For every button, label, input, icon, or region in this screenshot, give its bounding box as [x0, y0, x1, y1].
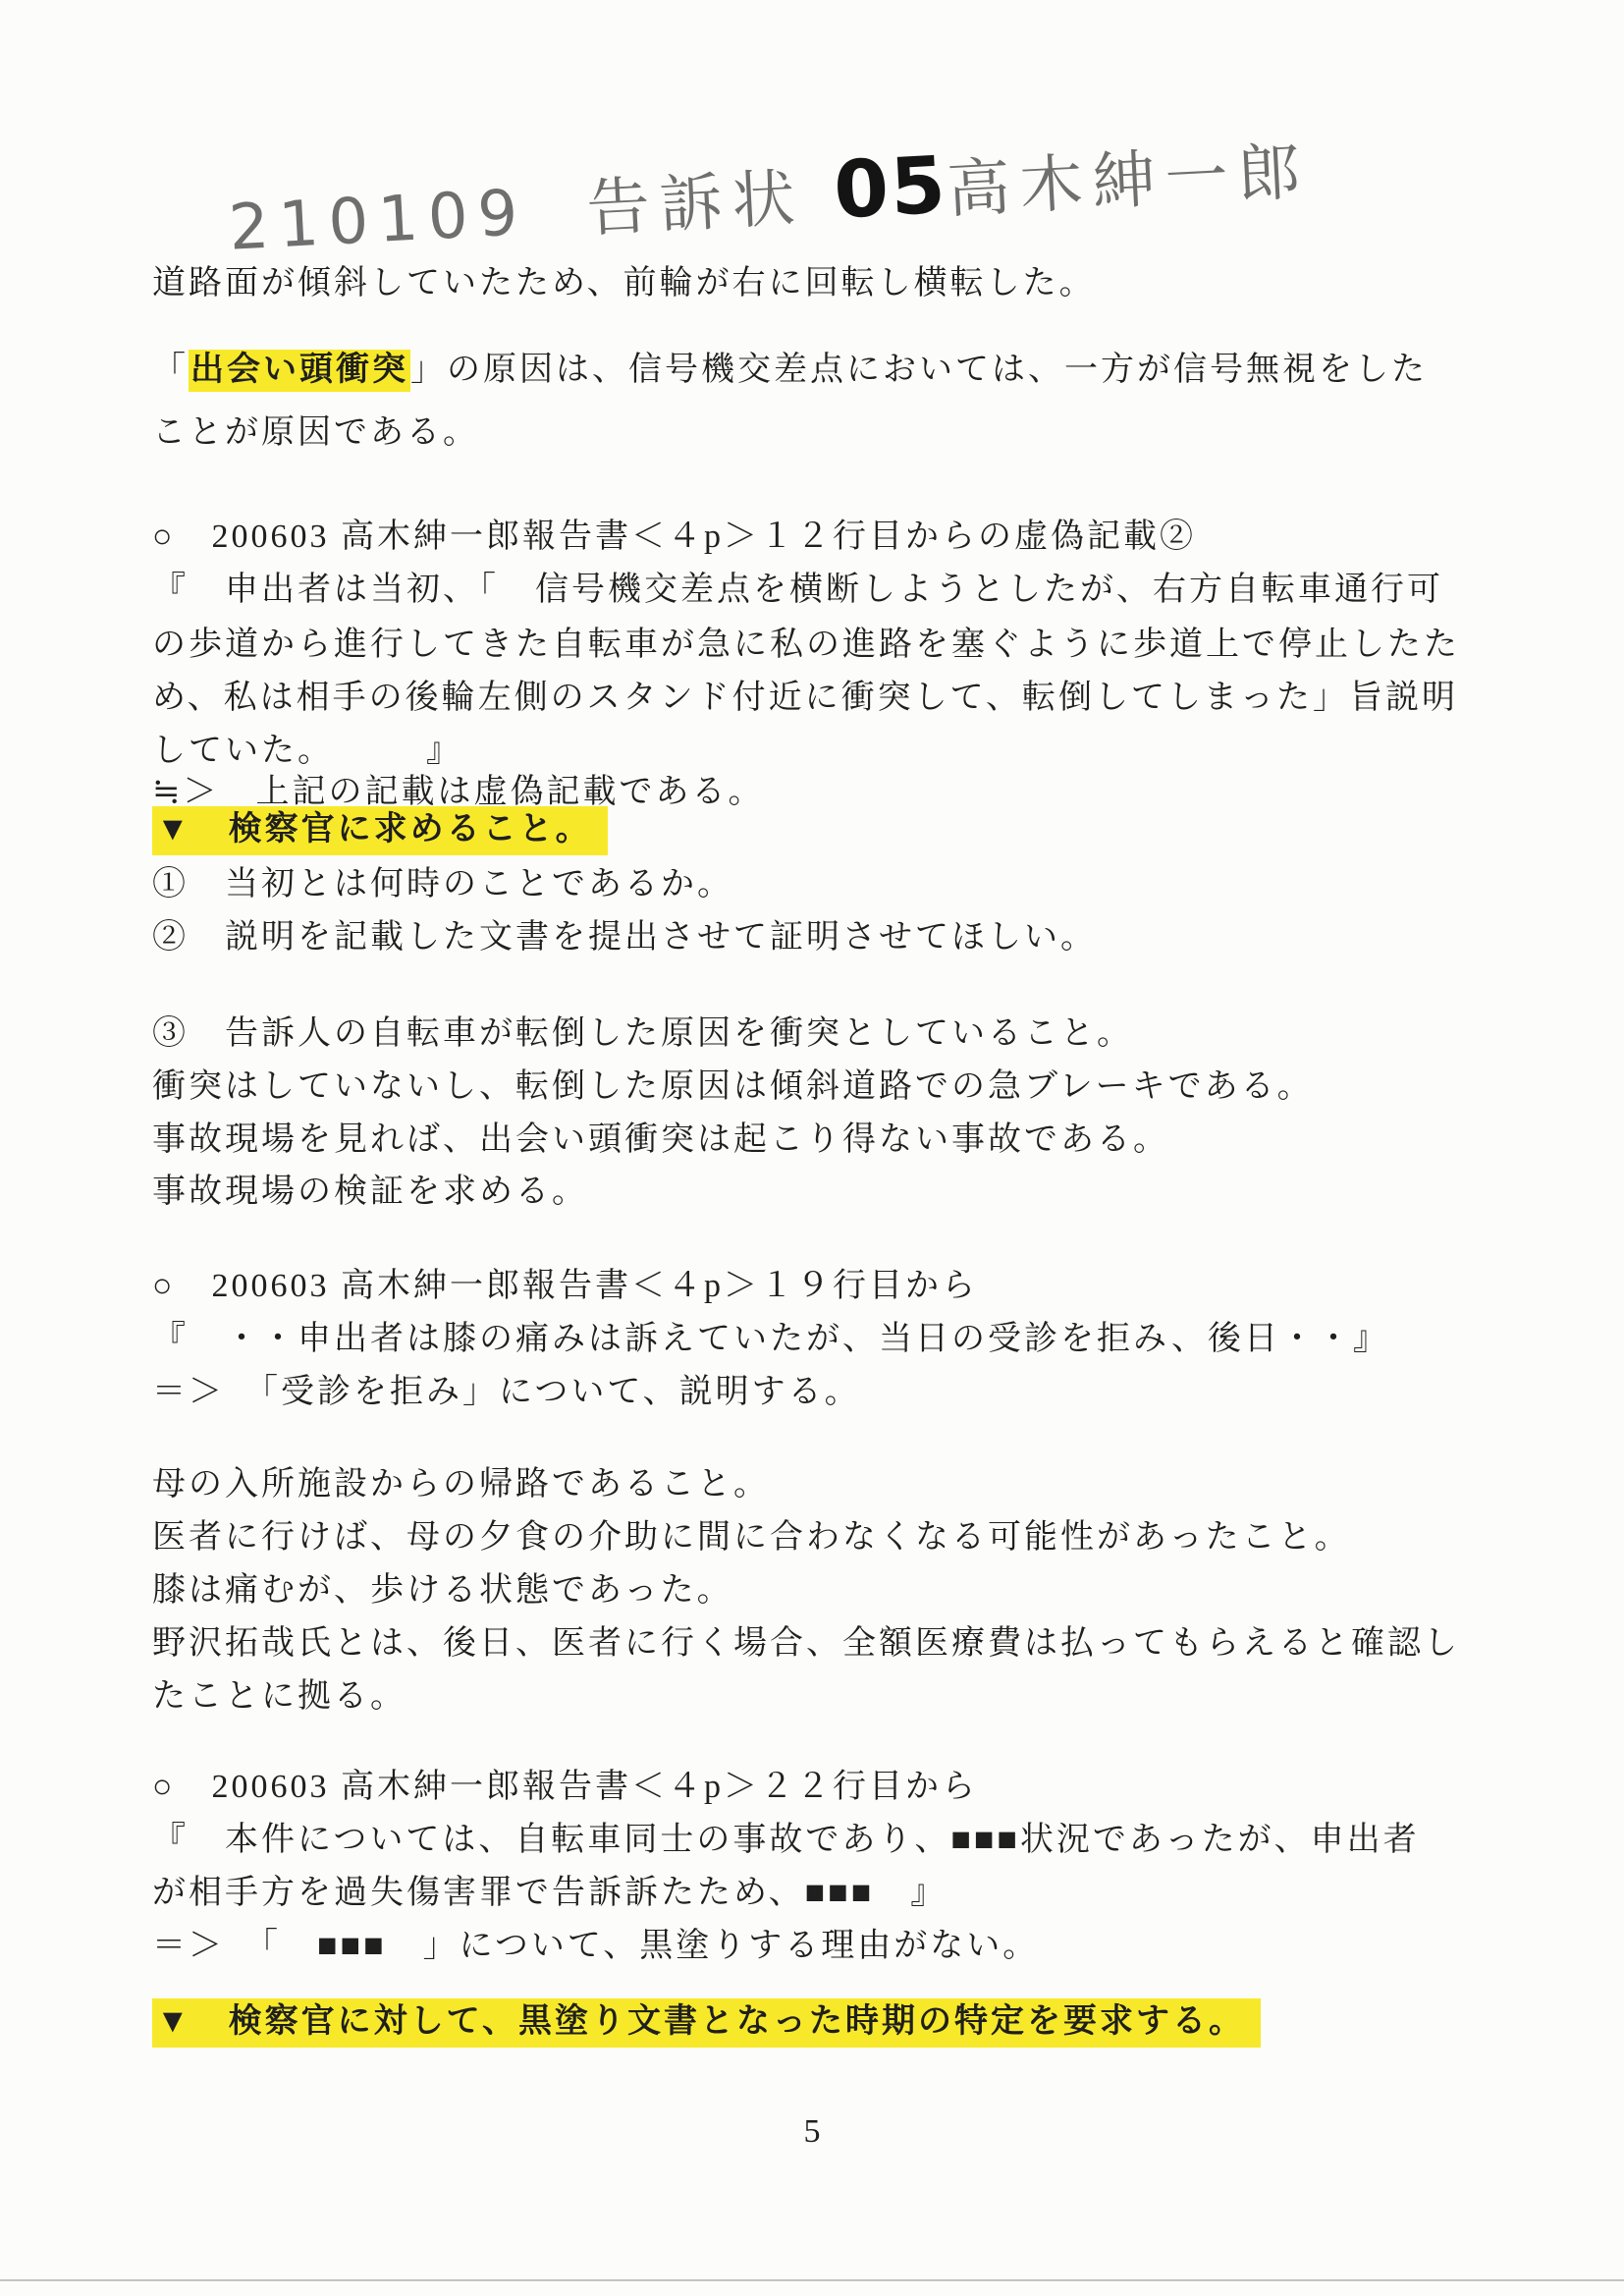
paragraph-2-line-1: 「出会い頭衝突」の原因は、信号機交差点においては、一方が信号無視をした — [152, 350, 1428, 392]
demand-banner-1: ▼ 検察官に求めること。 — [152, 809, 608, 851]
section-3-quote-line: 『 本件については、自転車同士の事故であり、■■■状況であったが、申出者 — [152, 1820, 1420, 1862]
section-1-quote-line: め、私は相手の後輪左側のスタンド付近に衝突して、転倒してしまった」旨説明 — [152, 678, 1458, 720]
paragraph-2-rest: 」の原因は、信号機交差点においては、一方が信号無視をした — [410, 352, 1428, 388]
scan-edge-line — [0, 2279, 1624, 2281]
demand-banner-1-text: ▼ 検察官に求めること。 — [152, 806, 608, 855]
section-2-conclusion: ＝＞ 「受診を拒み」について、説明する。 — [152, 1372, 861, 1414]
section-1-quote-line: 『 申出者は当初、「 信号機交差点を横断しようとしたが、右方自転車通行可 — [152, 570, 1443, 612]
handwritten-date: 210109 — [227, 177, 529, 265]
handwritten-number: 05 — [832, 139, 949, 237]
title-gap2 — [803, 161, 837, 235]
title-gap1 — [525, 174, 588, 249]
section-1-quote-line: の歩道から進行してきた自転車が急に私の進路を塞ぐように歩道上で停止したた — [152, 625, 1460, 667]
scanned-document-page: 210109 告訴状 05高木紳一郎 道路面が傾斜していたため、前輪が右に回転し… — [0, 0, 1624, 2296]
section-2-note: 膝は痛むが、歩ける状態であった。 — [152, 1570, 733, 1613]
section-2-note: たことに拠る。 — [152, 1676, 406, 1719]
section-3-heading: ○ 200603 高木紳一郎報告書＜４p＞２２行目から — [152, 1767, 978, 1809]
section-1-note: 事故現場の検証を求める。 — [152, 1172, 588, 1214]
paragraph-2-line-2: ことが原因である。 — [152, 412, 479, 455]
section-1-note: 事故現場を見れば、出会い頭衝突は起こり得ない事故である。 — [152, 1120, 1169, 1162]
section-1-quote-line: していた。 』 — [152, 731, 462, 773]
section-2-note: 医者に行けば、母の夕食の介助に間に合わなくなる可能性があったこと。 — [152, 1517, 1351, 1559]
section-2-heading: ○ 200603 高木紳一郎報告書＜４p＞１９行目から — [152, 1266, 978, 1308]
demand-banner-2-text: ▼ 検察官に対して、黒塗り文書となった時期の特定を要求する。 — [152, 1998, 1261, 2048]
section-2-quote: 『 ・・申出者は膝の痛みは訴えていたが、当日の受診を拒み、後日・・』 — [152, 1319, 1389, 1361]
page-number: 5 — [0, 2113, 1624, 2151]
section-2-note: 母の入所施設からの帰路であること。 — [152, 1464, 770, 1506]
handwritten-doc-type: 告訴状 — [585, 162, 807, 246]
paragraph-1: 道路面が傾斜していたため、前輪が右に回転し横転した。 — [152, 263, 1096, 305]
demand-banner-2: ▼ 検察官に対して、黒塗り文書となった時期の特定を要求する。 — [152, 2001, 1261, 2044]
open-bracket: 「 — [152, 352, 189, 388]
handwritten-name: 高木紳一郎 — [946, 136, 1312, 227]
section-1-heading: ○ 200603 高木紳一郎報告書＜４p＞１２行目からの虚偽記載② — [152, 517, 1196, 559]
section-1-note: 衝突はしていないし、転倒した原因は傾斜道路での急ブレーキである。 — [152, 1066, 1314, 1109]
section-2-note: 野沢拓哉氏とは、後日、医者に行く場合、全額医療費は払ってもらえると確認し — [152, 1623, 1460, 1666]
numbered-item-1: ① 当初とは何時のことであるか。 — [152, 864, 733, 906]
section-3-quote-line: が相手方を過失傷害罪で告訴訴たため、■■■ 』 — [152, 1873, 947, 1915]
numbered-item-2: ② 説明を記載した文書を提出させて証明させてほしい。 — [152, 917, 1097, 959]
highlighted-term: 出会い頭衝突 — [189, 350, 410, 392]
section-3-conclusion: ＝＞ 「 ■■■ 」について、黒塗りする理由がない。 — [152, 1926, 1039, 1968]
numbered-item-3: ③ 告訴人の自転車が転倒した原因を衝突としていること。 — [152, 1013, 1133, 1056]
